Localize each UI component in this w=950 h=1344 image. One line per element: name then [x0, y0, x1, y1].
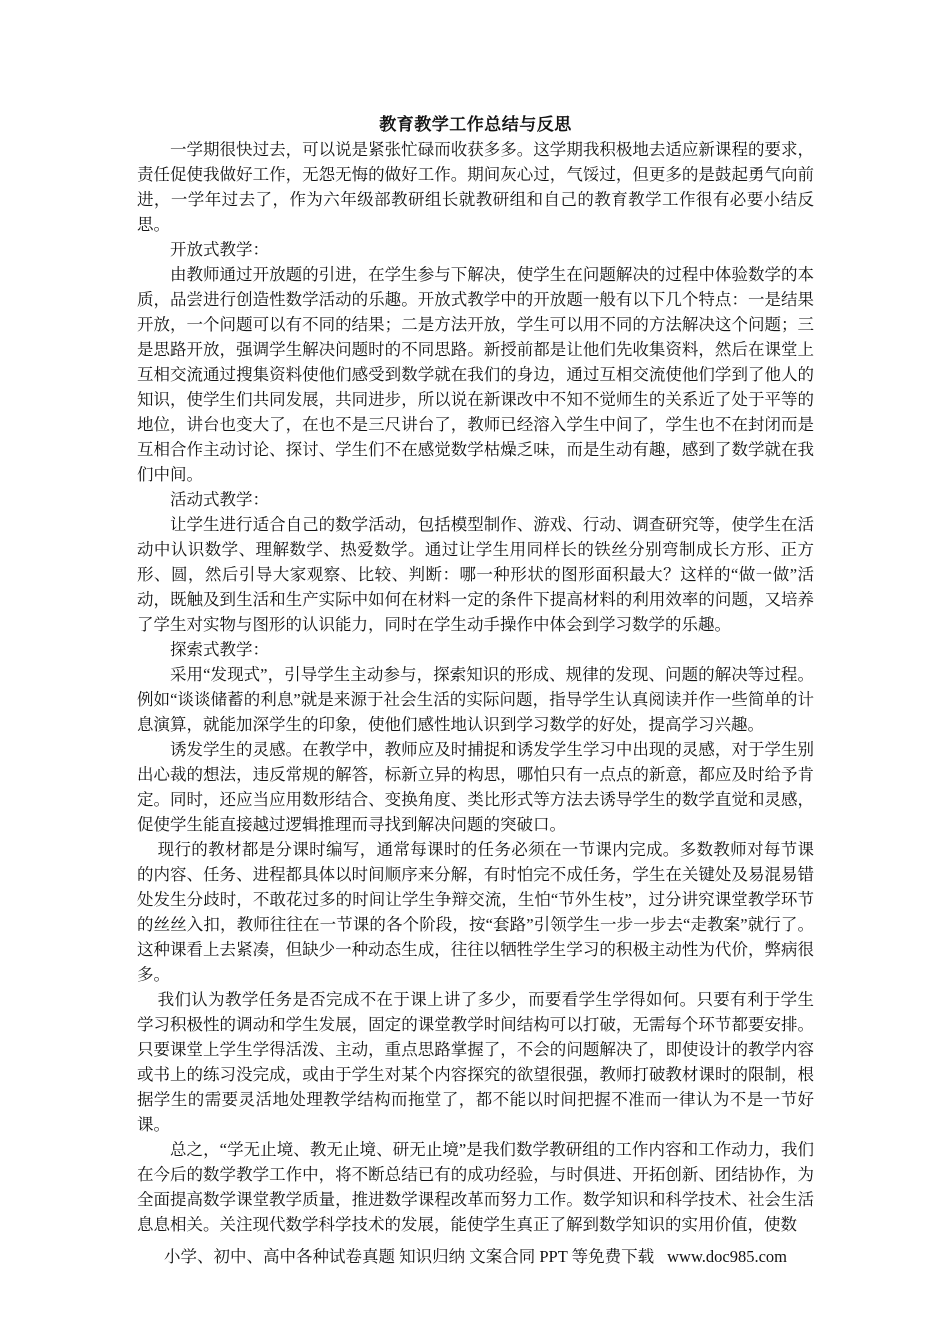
heading-activity-style-teaching: 活动式教学：	[137, 487, 814, 512]
footer-promo-text: 小学、初中、高中各种试卷真题 知识归纳 文案合同 PPT 等免费下载	[164, 1247, 654, 1266]
paragraph-exploratory-teaching: 采用“发现式”，引导学生主动参与，探索知识的形成、规律的发现、问题的解决等过程。…	[137, 662, 814, 737]
footer-download-note: 小学、初中、高中各种试卷真题 知识归纳 文案合同 PPT 等免费下载www.do…	[137, 1244, 814, 1269]
heading-open-style-teaching: 开放式教学：	[137, 237, 814, 262]
document-page: 教育教学工作总结与反思 一学期很快过去，可以说是紧张忙碌而收获多多。这学期我积极…	[0, 0, 950, 1344]
paragraph-open-style-teaching: 由教师通过开放题的引进，在学生参与下解决，使学生在问题解决的过程中体验数学的本质…	[137, 262, 814, 487]
document-title: 教育教学工作总结与反思	[137, 112, 814, 137]
paragraph-textbook-lesson-time: 现行的教材都是分课时编写，通常每课时的任务必须在一节课内完成。多数教师对每节课的…	[137, 837, 814, 987]
paragraph-activity-style-teaching: 让学生进行适合自己的数学活动，包括模型制作、游戏、行动、调查研究等，使学生在活动…	[137, 512, 814, 637]
paragraph-conclusion: 总之，“学无止境、教无止境、研无止境”是我们数学教研组的工作内容和工作动力，我们…	[137, 1137, 814, 1237]
paragraph-semester-review: 一学期很快过去，可以说是紧张忙碌而收获多多。这学期我积极地去适应新课程的要求，责…	[137, 137, 814, 237]
paragraph-inspire-students: 诱发学生的灵感。在教学中，教师应及时捕捉和诱发学生学习中出现的灵感，对于学生别出…	[137, 737, 814, 837]
paragraph-teaching-task-view: 我们认为教学任务是否完成不在于课上讲了多少，而要看学生学得如何。只要有利于学生学…	[137, 987, 814, 1137]
footer-site-url: www.doc985.com	[667, 1244, 787, 1269]
heading-exploratory-teaching: 探索式教学：	[137, 637, 814, 662]
